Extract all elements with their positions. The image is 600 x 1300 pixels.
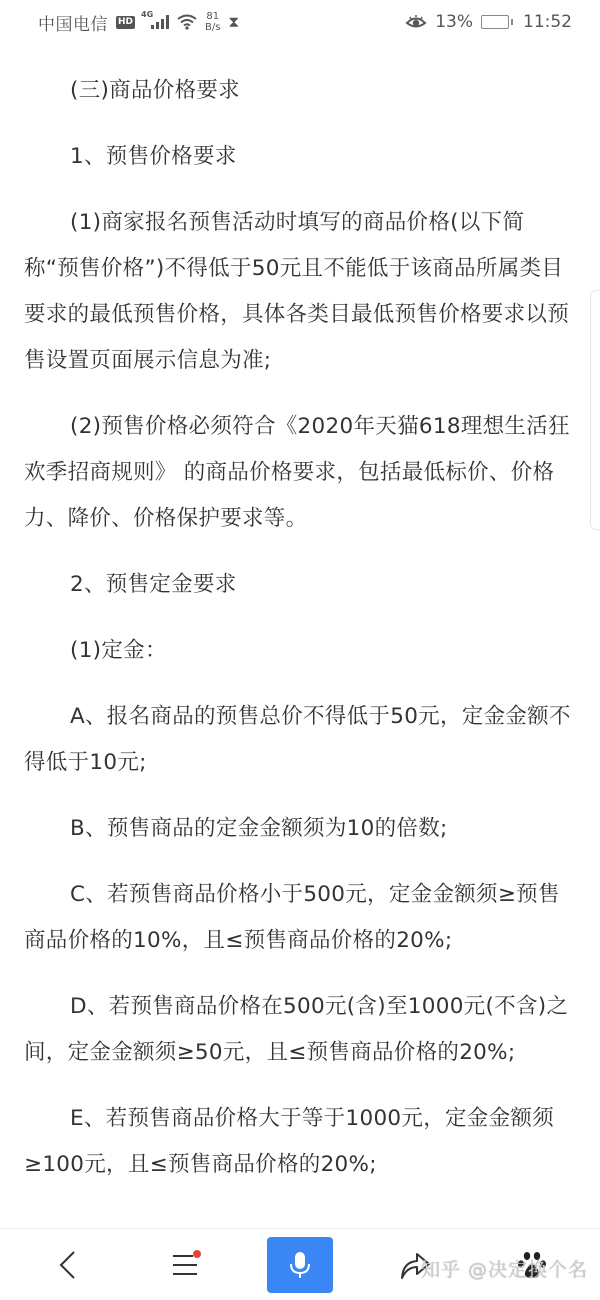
clock: 11:52 bbox=[523, 12, 572, 32]
baidu-button[interactable] bbox=[498, 1236, 566, 1294]
back-icon bbox=[57, 1250, 79, 1280]
wifi-icon bbox=[177, 14, 197, 30]
hd-badge: HD bbox=[116, 16, 135, 29]
paragraph: (2)预售价格必须符合《2020年天猫618理想生活狂欢季招商规则》 的商品价格… bbox=[24, 404, 578, 542]
battery-icon bbox=[481, 15, 509, 29]
paragraph: C、若预售商品价格小于500元，定金金额须≥预售商品价格的10%，且≤预售商品价… bbox=[24, 872, 578, 964]
status-left: 中国电信 HD 4G 81 B/s ⧗ bbox=[38, 10, 239, 35]
battery-percent: 13% bbox=[435, 12, 473, 32]
bottom-nav bbox=[0, 1228, 600, 1300]
subsection-heading: 2、预售定金要求 bbox=[24, 562, 578, 608]
carrier-name: 中国电信 bbox=[38, 10, 108, 35]
paragraph: (1)商家报名预售活动时填写的商品价格(以下简称“预售价格”)不得低于50元且不… bbox=[24, 200, 578, 384]
speed-unit: B/s bbox=[205, 22, 220, 33]
eye-comfort-icon bbox=[405, 14, 427, 30]
speed-value: 81 bbox=[206, 11, 219, 22]
article-content: (三)商品价格要求 1、预售价格要求 (1)商家报名预售活动时填写的商品价格(以… bbox=[0, 44, 600, 1188]
back-button[interactable] bbox=[34, 1236, 102, 1294]
scroll-handle[interactable] bbox=[590, 290, 600, 530]
network-speed: 81 B/s bbox=[205, 11, 220, 33]
menu-button[interactable] bbox=[151, 1236, 219, 1294]
signal-icon: 4G bbox=[143, 15, 169, 29]
paragraph: E、若预售商品价格大于等于1000元，定金金额须≥100元，且≤预售商品价格的2… bbox=[24, 1096, 578, 1188]
share-icon bbox=[399, 1250, 431, 1280]
subsection-heading: 1、预售价格要求 bbox=[24, 134, 578, 180]
paw-icon bbox=[517, 1250, 547, 1280]
status-bar: 中国电信 HD 4G 81 B/s ⧗ 13% bbox=[0, 0, 600, 44]
notification-dot bbox=[193, 1250, 201, 1258]
network-type: 4G bbox=[141, 10, 153, 19]
status-right: 13% 11:52 bbox=[405, 12, 572, 32]
paragraph: D、若预售商品价格在500元(含)至1000元(不含)之间，定金金额须≥50元，… bbox=[24, 984, 578, 1076]
microphone-icon bbox=[289, 1250, 311, 1280]
hourglass-icon: ⧗ bbox=[228, 13, 239, 31]
paragraph: B、预售商品的定金金额须为10的倍数; bbox=[24, 806, 578, 852]
section-heading: (三)商品价格要求 bbox=[24, 68, 578, 114]
paragraph: (1)定金： bbox=[24, 628, 578, 674]
voice-search-button[interactable] bbox=[267, 1237, 333, 1293]
share-button[interactable] bbox=[381, 1236, 449, 1294]
paragraph: A、报名商品的预售总价不得低于50元，定金金额不得低于10元; bbox=[24, 694, 578, 786]
